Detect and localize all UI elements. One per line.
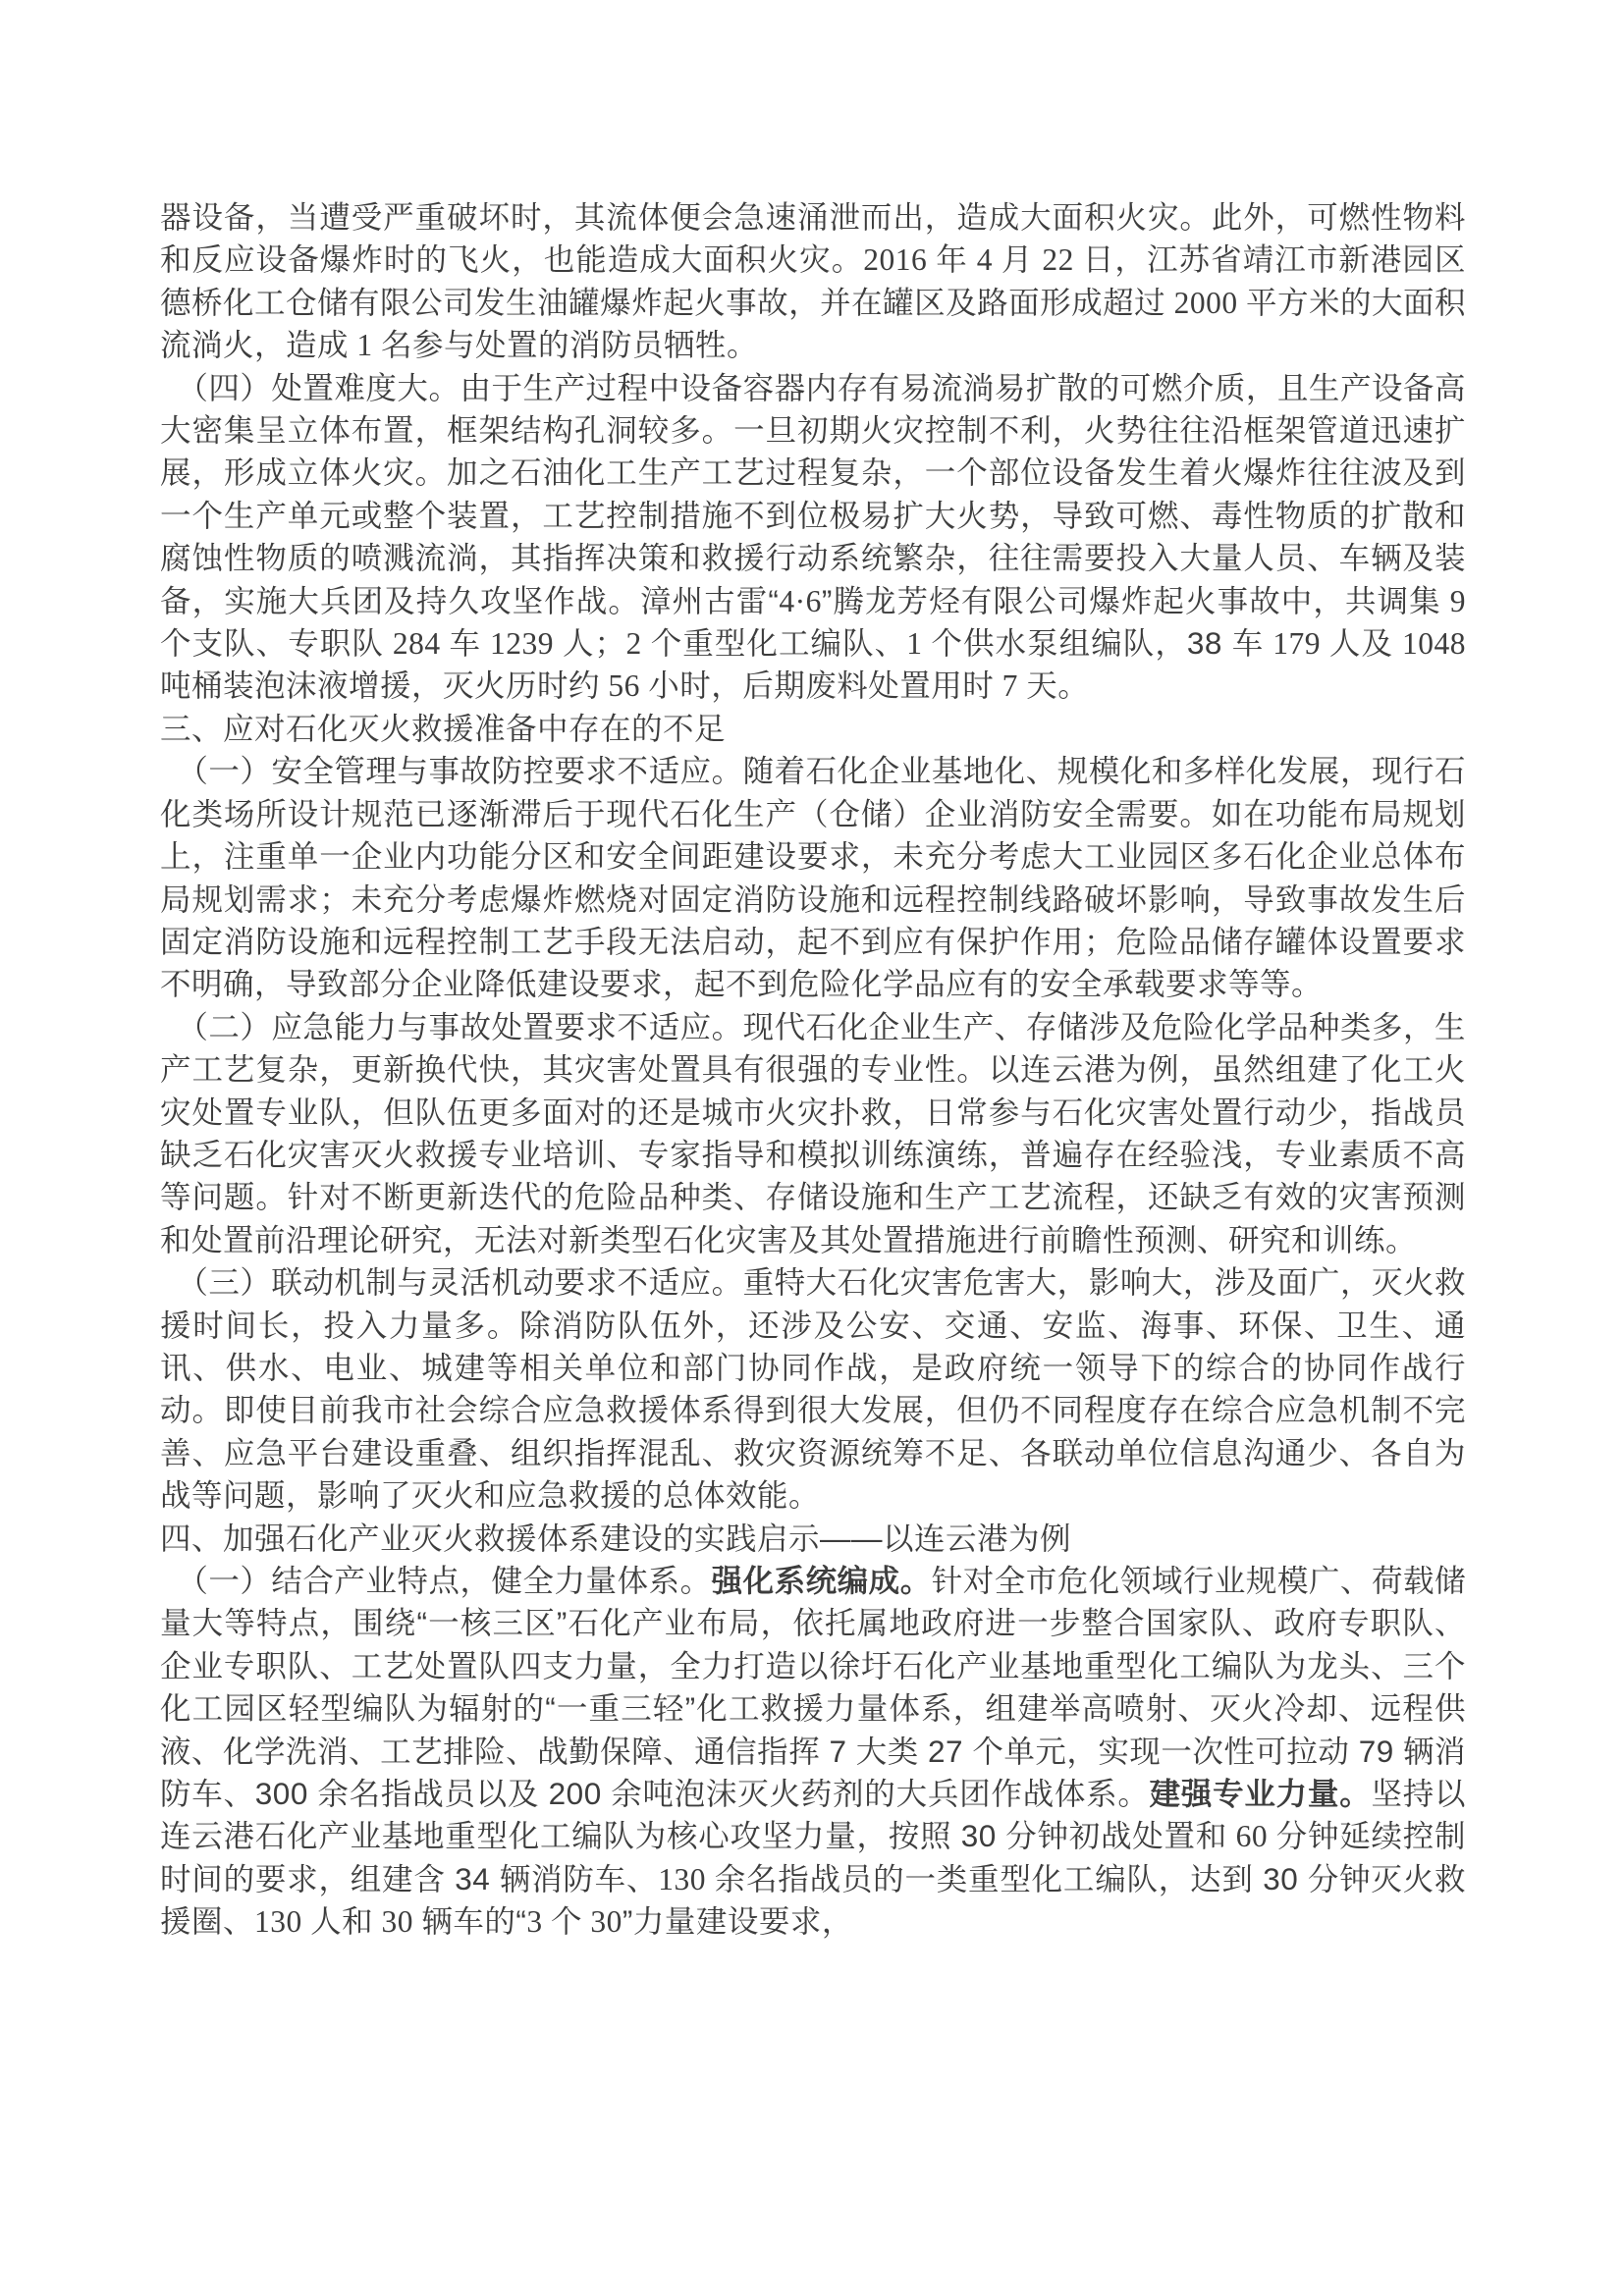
text-run: 人及 bbox=[1329, 625, 1393, 661]
paragraph: （四）处置难度大。由于生产过程中设备容器内存有易流淌易扩散的可燃介质，且生产设备… bbox=[160, 367, 1466, 708]
text-run: 针对全市危化领域行业规模广、荷载储量大等特点，围绕“一核三区”石化产业布局，依托… bbox=[160, 1563, 1466, 1811]
text-run: （一）安全管理与事故防控要求不适应。随着石化企业基地化、规模化和多样化发展，现行… bbox=[160, 753, 1466, 1001]
section-heading: 四、加强石化产业灭火救援体系建设的实践启示——以连云港为例 bbox=[160, 1518, 1466, 1560]
text-run: （四）处置难度大。由于生产过程中设备容器内存有易流淌易扩散的可燃介质，且生产设备… bbox=[160, 370, 1466, 618]
text-run: 9 bbox=[1441, 584, 1466, 618]
text-run: 2000 bbox=[1165, 286, 1246, 320]
text-run: 名参与处置的消防员牺牲。 bbox=[381, 327, 758, 362]
text-run: 7 bbox=[994, 668, 1026, 703]
text-run: 建强专业力量。 bbox=[1150, 1776, 1372, 1811]
text-run: 30 bbox=[582, 1904, 623, 1939]
text-run: 1048 bbox=[1393, 626, 1466, 661]
text-run: 辆车的“ bbox=[421, 1903, 526, 1939]
text-run: 4 bbox=[968, 242, 1001, 277]
text-run: 60 bbox=[1227, 1819, 1276, 1853]
text-run: 年 bbox=[936, 241, 968, 277]
paragraph: 器设备，当遭受严重破坏时，其流体便会急速涌泄而出，造成大面积火灾。此外，可燃性物… bbox=[160, 196, 1466, 367]
text-run: 车 bbox=[450, 625, 482, 661]
text-run: 1239 bbox=[481, 626, 563, 661]
text-run: 个 bbox=[551, 1903, 582, 1939]
text-run: 4·6 bbox=[779, 584, 822, 618]
text-run: 179 bbox=[1264, 626, 1329, 661]
text-run: 强化系统编成。 bbox=[712, 1563, 932, 1598]
text-run: （二）应急能力与事故处置要求不适应。现代石化企业生产、存储涉及危险化学品种类多，… bbox=[160, 1009, 1466, 1257]
text-run: 56 bbox=[600, 668, 648, 703]
text-run: 284 bbox=[384, 626, 450, 661]
text-run: 1 bbox=[906, 626, 931, 661]
text-run: （三）联动机制与灵活机动要求不适应。重特大石化灾害危害大，影响大，涉及面广，灭火… bbox=[160, 1264, 1466, 1513]
text-run: 130 bbox=[658, 1862, 714, 1896]
text-run: 30 bbox=[373, 1904, 421, 1939]
text-run: 130 bbox=[254, 1904, 310, 1939]
document-page: 器设备，当遭受严重破坏时，其流体便会急速涌泄而出，造成大面积火灾。此外，可燃性物… bbox=[0, 0, 1624, 2296]
paragraph: （二）应急能力与事故处置要求不适应。现代石化企业生产、存储涉及危险化学品种类多，… bbox=[160, 1006, 1466, 1261]
text-run: 个供水泵组编队，38 车 bbox=[931, 625, 1264, 661]
paragraph: （三）联动机制与灵活机动要求不适应。重特大石化灾害危害大，影响大，涉及面广，灭火… bbox=[160, 1261, 1466, 1517]
document-body: 器设备，当遭受严重破坏时，其流体便会急速涌泄而出，造成大面积火灾。此外，可燃性物… bbox=[160, 196, 1466, 1944]
text-run: 个支队、专职队 bbox=[160, 625, 384, 661]
paragraph: （一）结合产业特点，健全力量体系。强化系统编成。针对全市危化领域行业规模广、荷载… bbox=[160, 1560, 1466, 1944]
text-run: ”腾龙芳烃有限公司爆炸起火事故中，共调集 bbox=[822, 583, 1441, 618]
text-run: 3 bbox=[526, 1904, 551, 1939]
text-run: 天。 bbox=[1026, 667, 1089, 703]
section-heading: 三、应对石化灭火救援准备中存在的不足 bbox=[160, 708, 1466, 750]
text-run: 月 bbox=[1001, 241, 1034, 277]
text-run: 小时，后期废料处置用时 bbox=[648, 667, 994, 703]
text-run: 人和 bbox=[310, 1903, 373, 1939]
text-run: 四、加强石化产业灭火救援体系建设的实践启示——以连云港为例 bbox=[160, 1521, 1071, 1556]
text-run: 三、应对石化灭火救援准备中存在的不足 bbox=[160, 711, 726, 746]
text-run: 2016 bbox=[863, 242, 936, 277]
text-run: 1 bbox=[349, 328, 381, 362]
text-run: 吨桶装泡沫液增援，灭火历时约 bbox=[160, 667, 600, 703]
paragraph: （一）安全管理与事故防控要求不适应。随着石化企业基地化、规模化和多样化发展，现行… bbox=[160, 750, 1466, 1005]
text-run: 2 bbox=[626, 626, 651, 661]
text-run: ”力量建设要求， bbox=[623, 1903, 853, 1939]
text-run: 人； bbox=[563, 625, 626, 661]
text-run: （一）结合产业特点，健全力量体系。 bbox=[177, 1563, 711, 1598]
text-run: 22 bbox=[1033, 242, 1082, 277]
text-run: 个重型化工编队、 bbox=[651, 625, 906, 661]
